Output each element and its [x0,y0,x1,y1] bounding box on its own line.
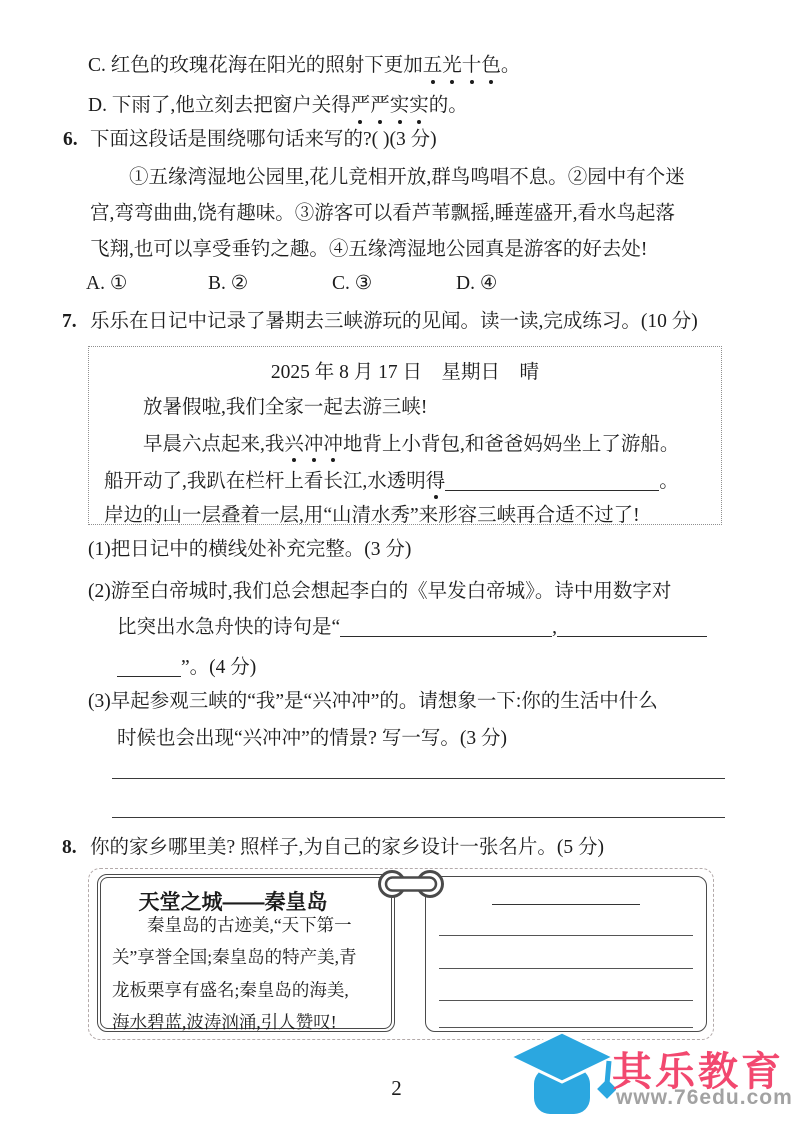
q7-sub1: (1)把日记中的横线处补充完整。(3 分) [88,538,411,562]
q6-paragraph-line: 飞翔,也可以享受垂钓之趣。④五缘湾湿地公园真是游客的好去处! [90,238,647,262]
q7-title: 乐乐在日记中记录了暑期去三峡游玩的见闻。读一读,完成练习。(10 分) [90,310,698,334]
diary-line: 早晨六点起来,我兴冲冲地背上小背包,和爸爸妈妈坐上了游船。 [104,428,706,456]
fill-in-blank-line [340,617,552,638]
example-card-body-line: 海水碧蓝,波涛汹涌,引人赞叹! [112,1009,385,1034]
graduation-cap-icon [508,1032,616,1122]
fill-in-blank-line [445,471,659,492]
answer-rule-line [112,778,725,779]
q6-option-b: B. ② [208,272,248,296]
q6-number: 6. [63,128,78,152]
diary-line: 放暑假啦,我们全家一起去游三峡! [104,391,706,419]
option-c-line: C. 红色的玫瑰花海在阳光的照射下更加五光十色。 [88,54,520,78]
binder-rings-icon [375,866,447,907]
q6-title: 下面这段话是围绕哪句话来写的?( )(3 分) [90,128,437,152]
q8-number: 8. [62,836,77,860]
q6-paragraph-line: 宫,弯弯曲曲,饶有趣味。③游客可以看芦苇飘摇,睡莲盛开,看水鸟起落 [90,202,675,226]
fill-in-blank-line [117,657,181,678]
card-writing-line [439,1000,693,1001]
card-title-writing-line [492,904,640,905]
q7-sub2-line: 比突出水急舟快的诗句是“, [117,616,707,640]
watermark-url-text: www.76edu.com [616,1086,793,1110]
q6-option-d: D. ④ [456,272,497,296]
q7-number: 7. [62,310,77,334]
worksheet-page: C. 红色的玫瑰花海在阳光的照射下更加五光十色。 D. 下雨了,他立刻去把窗户关… [0,0,793,1122]
example-name-card: 天堂之城——秦皇岛 秦皇岛的古迹美,“天下第一 关”享誉全国;秦皇岛的特产美,青… [97,874,395,1032]
example-card-body-line: 龙板栗享有盛名;秦皇岛的海美, [112,977,385,1002]
example-card-body-line: 秦皇岛的古迹美,“天下第一 [112,912,385,937]
q8-title: 你的家乡哪里美? 照样子,为自己的家乡设计一张名片。(5 分) [90,836,604,860]
name-card-area: 天堂之城——秦皇岛 秦皇岛的古迹美,“天下第一 关”享誉全国;秦皇岛的特产美,青… [88,868,714,1040]
card-writing-line [439,1027,693,1028]
diary-date-line: 2025 年 8 月 17 日 星期日 晴 [104,356,706,384]
card-writing-line [439,935,693,936]
q7-sub3-line: (3)早起参观三峡的“我”是“兴冲冲”的。请想象一下:你的生活中什么 [88,690,658,714]
fill-in-blank-line [557,617,707,638]
example-card-body-line: 关”享誉全国;秦皇岛的特产美,青 [112,944,385,969]
example-name-card-inner-border: 天堂之城——秦皇岛 秦皇岛的古迹美,“天下第一 关”享誉全国;秦皇岛的特产美,青… [100,877,392,1029]
q6-paragraph-line: ①五缘湾湿地公园里,花儿竞相开放,群鸟鸣唱不息。②园中有个迷 [90,166,685,190]
diary-box: 2025 年 8 月 17 日 星期日 晴 放暑假啦,我们全家一起去游三峡! 早… [88,346,722,525]
q6-option-a: A. ① [86,272,127,296]
card-writing-line [439,968,693,969]
q7-sub2-line: (2)游至白帝城时,我们总会想起李白的《早发白帝城》。诗中用数字对 [88,580,671,604]
blank-name-card [425,876,707,1032]
q7-sub2-line: ”。(4 分) [117,656,256,680]
answer-rule-line [112,817,725,818]
diary-line: 岸边的山一层叠着一层,用“山清水秀”来形容三峡再合适不过了! [104,499,706,527]
q6-option-c: C. ③ [332,272,372,296]
q7-sub3-line: 时候也会出现“兴冲冲”的情景? 写一写。(3 分) [117,727,507,751]
diary-line: 船开动了,我趴在栏杆上看长江,水透明得。 [104,465,706,493]
option-d-line: D. 下雨了,他立刻去把窗户关得严严实实的。 [88,94,468,118]
